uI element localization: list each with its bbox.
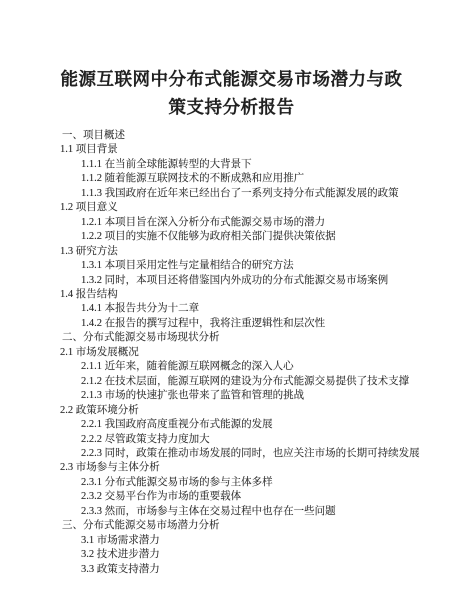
outline-point: 1.2.2 项目的实施不仅能够为政府相关部门提供决策依据 (60, 230, 435, 244)
outline-point: 3.1 市场需求潜力 (60, 534, 435, 548)
outline-subsection: 2.2 政策环境分析 (60, 404, 435, 418)
outline-point: 2.1.3 市场的快速扩张也带来了监管和管理的挑战 (60, 389, 435, 403)
document-outline: 一、项目概述 1.1 项目背景 1.1.1 在当前全球能源转型的大背景下 1.1… (60, 129, 435, 577)
outline-section: 二、分布式能源交易市场现状分析 (60, 331, 435, 345)
outline-section: 三、分布式能源交易市场潜力分析 (60, 519, 435, 533)
outline-section: 一、项目概述 (60, 129, 435, 143)
outline-point: 2.3.3 然而，市场参与主体在交易过程中也存在一些问题 (60, 505, 435, 519)
outline-point: 3.3 政策支持潜力 (60, 563, 435, 577)
page-title-line2: 策支持分析报告 (0, 94, 463, 122)
outline-point: 1.3.1 本项目采用定性与定量相结合的研究方法 (60, 259, 435, 273)
outline-subsection: 1.3 研究方法 (60, 245, 435, 259)
outline-point: 2.2.2 尽管政策支持力度加大 (60, 433, 435, 447)
outline-point: 2.1.1 近年来，随着能源互联网概念的深入人心 (60, 360, 435, 374)
outline-point: 1.1.3 我国政府在近年来已经出台了一系列支持分布式能源发展的政策 (60, 187, 435, 201)
outline-point: 1.1.2 随着能源互联网技术的不断成熟和应用推广 (60, 172, 435, 186)
outline-point: 1.1.1 在当前全球能源转型的大背景下 (60, 158, 435, 172)
document-page: 能源互联网中分布式能源交易市场潜力与政 策支持分析报告 一、项目概述 1.1 项… (0, 0, 463, 600)
outline-subsection: 2.1 市场发展概况 (60, 346, 435, 360)
outline-subsection: 1.1 项目背景 (60, 143, 435, 157)
outline-subsection: 2.3 市场参与主体分析 (60, 461, 435, 475)
outline-point: 1.4.1 本报告共分为十二章 (60, 302, 435, 316)
outline-point: 2.3.2 交易平台作为市场的重要载体 (60, 490, 435, 504)
outline-subsection: 1.4 报告结构 (60, 288, 435, 302)
outline-point: 1.3.2 同时，本项目还将借鉴国内外成功的分布式能源交易市场案例 (60, 274, 435, 288)
outline-point: 2.3.1 分布式能源交易市场的参与主体多样 (60, 476, 435, 490)
outline-point: 2.1.2 在技术层面，能源互联网的建设为分布式能源交易提供了技术支撑 (60, 375, 435, 389)
page-title-line1: 能源互联网中分布式能源交易市场潜力与政 (0, 66, 463, 94)
outline-point: 2.2.1 我国政府高度重视分布式能源的发展 (60, 418, 435, 432)
outline-point: 3.2 技术进步潜力 (60, 548, 435, 562)
page-title: 能源互联网中分布式能源交易市场潜力与政 策支持分析报告 (0, 66, 463, 121)
outline-point: 1.4.2 在报告的撰写过程中，我将注重逻辑性和层次性 (60, 317, 435, 331)
outline-point: 1.2.1 本项目旨在深入分析分布式能源交易市场的潜力 (60, 216, 435, 230)
outline-subsection: 1.2 项目意义 (60, 201, 435, 215)
outline-point: 2.2.3 同时，政策在推动市场发展的同时，也应关注市场的长期可持续发展 (60, 447, 435, 461)
